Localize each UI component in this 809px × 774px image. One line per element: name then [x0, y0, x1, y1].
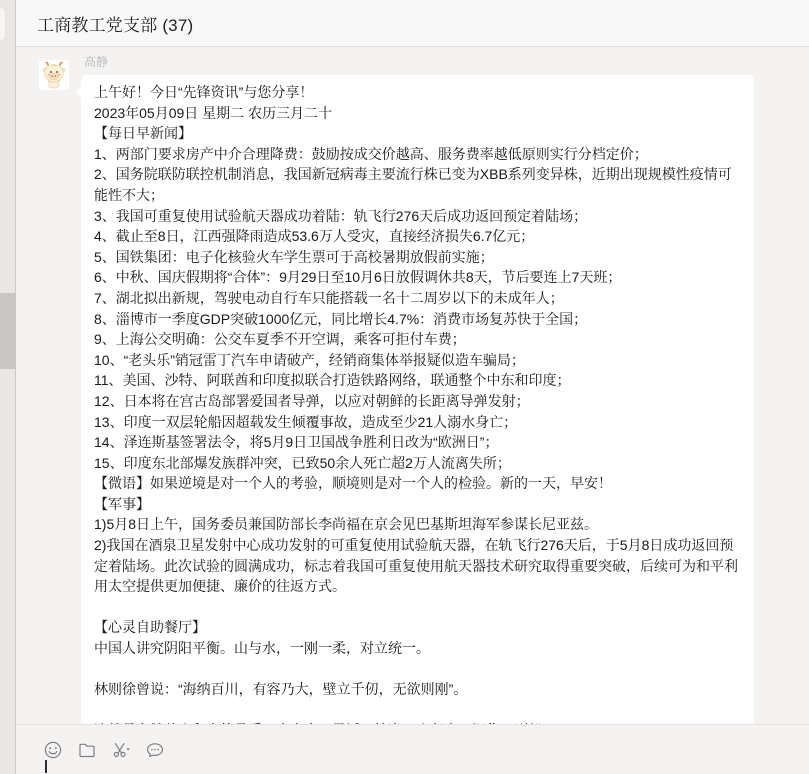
bubble-arrow [75, 86, 86, 97]
smiley-icon [43, 740, 63, 760]
emoji-picker-button[interactable] [43, 740, 63, 760]
dropdown-caret-icon [126, 748, 130, 750]
composer [16, 724, 809, 774]
chat-history-button[interactable] [145, 740, 165, 760]
chat-header: 工商教工党支部 (37) [16, 0, 809, 47]
text-caret [45, 760, 47, 773]
chat-title: 工商教工党支部 (37) [37, 11, 193, 36]
conversation-list-edge [0, 0, 15, 774]
avatar[interactable] [39, 60, 69, 90]
screenshot-button[interactable] [111, 740, 131, 760]
wechat-window: 工商教工党支部 (37) [0, 0, 809, 774]
speech-bubble-dots-icon [145, 740, 165, 760]
sender-name: 高静 [84, 53, 108, 70]
message-input[interactable] [16, 759, 809, 774]
folder-icon [77, 740, 97, 760]
message-bubble[interactable]: 上午好！今日“先锋资讯”与您分享！ 2023年05月09日 星期二 农历三月二十… [81, 75, 754, 724]
chat-panel: 工商教工党支部 (37) [15, 0, 809, 774]
send-file-button[interactable] [77, 740, 97, 760]
conversation-list-scrollbar[interactable] [0, 293, 15, 369]
scissors-icon [111, 740, 131, 760]
selected-conversation-edge[interactable] [0, 8, 5, 40]
chat-scroll-area[interactable]: 高静 上午好！今日“先锋资讯”与您分享！ 2023年05月09日 星期二 农历三… [16, 47, 809, 724]
cartoon-calf-avatar-icon [39, 60, 69, 90]
message-text: 上午好！今日“先锋资讯”与您分享！ 2023年05月09日 星期二 农历三月二十… [94, 82, 741, 724]
composer-toolbar [43, 740, 165, 760]
